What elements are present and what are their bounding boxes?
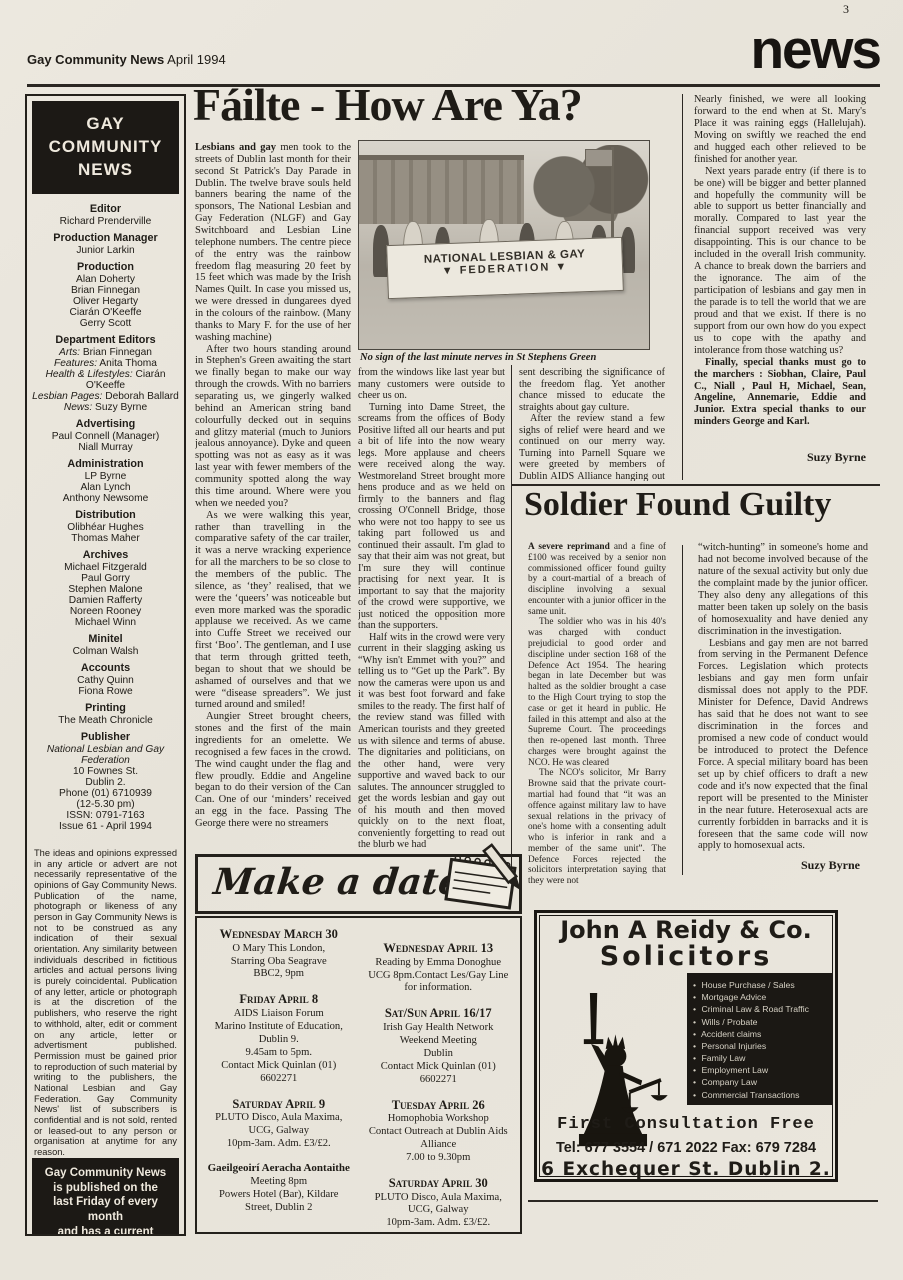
event-detail-line: O Mary This London,: [199, 943, 359, 956]
bullet-icon: •: [693, 1029, 696, 1039]
event-detail-line: 9.45am to 5pm.: [199, 1047, 359, 1060]
masthead-line: Lesbian Pages: Deborah Ballard: [32, 391, 179, 402]
ad-company-name: John A Reidy & Co.: [537, 916, 835, 944]
masthead-line: News: Suzy Byrne: [32, 402, 179, 413]
masthead-heading: Minitel: [32, 633, 179, 646]
article-paragraph: sent describing the significance of the …: [519, 367, 665, 413]
event-date-heading: Friday April 8: [199, 992, 359, 1008]
masthead-heading: Accounts: [32, 662, 179, 675]
masthead-line: Brian Finnegan: [32, 285, 179, 296]
event-detail-line: PLUTO Disco, Aula Maxima,: [359, 1192, 519, 1205]
masthead-section: EditorRichard Prenderville: [32, 203, 179, 227]
parade-banner: NATIONAL LESBIAN & GAY ▼ FEDERATION ▼: [386, 237, 624, 299]
masthead-section: MinitelColman Walsh: [32, 633, 179, 657]
masthead-heading: Department Editors: [32, 334, 179, 347]
bullet-icon: •: [693, 1053, 696, 1063]
events-column-1: Wednesday March 30O Mary This London,Sta…: [199, 927, 359, 1223]
masthead-section: Production ManagerJunior Larkin: [32, 232, 179, 256]
event-detail-line: Meeting 8pm: [199, 1176, 359, 1189]
event-detail-line: Homophobia Workshop: [359, 1113, 519, 1126]
masthead-line: Colman Walsh: [32, 646, 179, 657]
article-paragraph: Nearly finished, we were all looking for…: [694, 94, 866, 166]
article-paragraph: Aungier Street brought cheers, stones an…: [195, 711, 351, 830]
bullet-icon: •: [693, 1065, 696, 1075]
event-detail-line: Irish Gay Health Network: [359, 1022, 519, 1035]
service-item: • Employment Law: [693, 1064, 827, 1076]
event-detail-line: Dublin 9.: [199, 1034, 359, 1047]
masthead-section: ProductionAlan DohertyBrian FinneganOliv…: [32, 261, 179, 329]
event-date-heading: Saturday April 30: [359, 1176, 519, 1192]
event-detail-line: Dublin: [359, 1048, 519, 1061]
ad-services-list: • House Purchase / Sales• Mortgage Advic…: [687, 973, 833, 1105]
masthead-line: The Meath Chronicle: [32, 715, 179, 726]
masthead-section: PublisherNational Lesbian and Gay Federa…: [32, 731, 179, 832]
bullet-icon: •: [693, 1017, 696, 1027]
event-detail-line: UCG, Galway: [359, 1204, 519, 1217]
event-item: Tuesday April 26Homophobia WorkshopConta…: [359, 1098, 519, 1165]
event-date-heading: Saturday April 9: [199, 1097, 359, 1113]
masthead-line: Features: Anita Thoma: [32, 358, 179, 369]
masthead-line: Anthony Newsome: [32, 493, 179, 504]
notepad-pencil-icon: [437, 840, 529, 916]
event-detail-line: 6602271: [199, 1073, 359, 1086]
article-column-3: sent describing the significance of the …: [519, 367, 665, 481]
main-headline: Fáilte - How Are Ya?: [193, 82, 705, 128]
article-paragraph: As we were walking this year, rather tha…: [195, 510, 351, 712]
event-detail-line: UCG 8pm.Contact Les/Gay Line: [359, 970, 519, 983]
masthead-line: Paul Connell (Manager): [32, 431, 179, 442]
event-date-heading: Wednesday April 13: [359, 941, 519, 957]
event-detail-line: Contact Mick Quinlan (01): [359, 1061, 519, 1074]
ad-company-type: Solicitors: [537, 941, 835, 972]
service-item: • Commercial Transactions: [693, 1089, 827, 1101]
newspaper-page: 3 Gay Community News April 1994 news GAY…: [0, 0, 903, 1280]
service-item: • Criminal Law & Road Traffic: [693, 1003, 827, 1015]
bottom-rule: [528, 1200, 878, 1202]
article-paragraph: After the review stand a few sighs of re…: [519, 413, 665, 481]
article-byline: Suzy Byrne: [694, 450, 866, 465]
soldier-column-2: “witch-hunting” in someone's home and ha…: [698, 542, 868, 854]
events-column-2: Wednesday April 13Reading by Emma Donogh…: [359, 927, 519, 1223]
event-item: Wednesday April 13Reading by Emma Donogh…: [359, 941, 519, 995]
masthead-line: Richard Prenderville: [32, 216, 179, 227]
event-detail-line: AIDS Liaison Forum: [199, 1008, 359, 1021]
event-detail-line: for information.: [359, 982, 519, 995]
event-date-heading: Wednesday March 30: [199, 927, 359, 943]
publication-info-box: Gay Community News is published on the l…: [32, 1158, 179, 1236]
parade-photo: NATIONAL LESBIAN & GAY ▼ FEDERATION ▼: [358, 140, 650, 350]
masthead-section: AdministrationLP ByrneAlan LynchAnthony …: [32, 458, 179, 504]
soldier-byline: Suzy Byrne: [698, 858, 860, 873]
masthead-section: PrintingThe Meath Chronicle: [32, 702, 179, 726]
masthead-line: Alan Lynch: [32, 482, 179, 493]
article-paragraph: Turning into Dame Street, the screams fr…: [358, 402, 505, 632]
disclaimer-text: The ideas and opinions expressed in any …: [32, 848, 179, 1158]
column-divider: [682, 94, 683, 480]
person-figure: [621, 227, 635, 273]
masthead-heading: Editor: [32, 203, 179, 216]
event-detail-line: 10pm-3am. Adm. £3/£2.: [359, 1217, 519, 1230]
article-column-1: Lesbians and gay men took to the streets…: [195, 142, 351, 858]
masthead-heading: Administration: [32, 458, 179, 471]
event-date-heading: Sat/Sun April 16/17: [359, 1006, 519, 1022]
issue-date: April 1994: [167, 52, 226, 67]
article-paragraph: A severe reprimand and a fine of £100 wa…: [528, 542, 666, 617]
event-detail-line: Weekend Meeting: [359, 1035, 519, 1048]
article-paragraph: Next years parade entry (if there is to …: [694, 166, 866, 357]
soldier-headline: Soldier Found Guilty: [524, 488, 880, 522]
service-item: • Mortgage Advice: [693, 991, 827, 1003]
masthead-heading: Printing: [32, 702, 179, 715]
article-paragraph: The NCO's solicitor, Mr Barry Browne sai…: [528, 768, 666, 887]
masthead-line: Paul Gorry: [32, 573, 179, 584]
sidebar-title: GAY COMMUNITY NEWS: [32, 101, 179, 194]
masthead-line: Health & Lifestyles: Ciarán O'Keeffe: [32, 369, 179, 391]
event-detail-line: PLUTO Disco, Aula Maxima,: [199, 1112, 359, 1125]
bullet-icon: •: [693, 1077, 696, 1087]
bullet-icon: •: [693, 1004, 696, 1014]
masthead-line: 10 Fownes St.: [32, 766, 179, 777]
masthead-heading: Archives: [32, 549, 179, 562]
masthead-heading: Publisher: [32, 731, 179, 744]
masthead-line: Fiona Rowe: [32, 686, 179, 697]
masthead-line: Dublin 2.: [32, 777, 179, 788]
article-paragraph: Lesbians and gay men are not barred from…: [698, 638, 868, 853]
event-detail-line: BBC2, 9pm: [199, 968, 359, 981]
soldier-column-1: A severe reprimand and a fine of £100 wa…: [528, 542, 666, 894]
article-paragraph: Lesbians and gay men took to the streets…: [195, 142, 351, 344]
event-item: Saturday April 30PLUTO Disco, Aula Maxim…: [359, 1176, 519, 1230]
masthead-section: DistributionOlibhéar HughesThomas Maher: [32, 509, 179, 544]
article-paragraph: After two hours standing around in Steph…: [195, 344, 351, 510]
event-detail-line: Reading by Emma Donoghue: [359, 957, 519, 970]
masthead-line: Gerry Scott: [32, 318, 179, 329]
article-paragraph: Finally, special thanks must go to the m…: [694, 357, 866, 429]
publication-name: Gay Community News: [27, 52, 164, 67]
masthead-line: Michael Winn: [32, 617, 179, 628]
service-item: • Family Law: [693, 1052, 827, 1064]
event-detail-line: 10pm-3am. Adm. £3/£2.: [199, 1138, 359, 1151]
masthead-heading: Distribution: [32, 509, 179, 522]
article-paragraph: Half wits in the crowd were very current…: [358, 632, 505, 851]
masthead-line: Ciarán O'Keeffe: [32, 307, 179, 318]
solicitor-ad: John A Reidy & Co. Solicitors • House Pu…: [534, 910, 838, 1182]
article-column-4: Nearly finished, we were all looking for…: [694, 94, 866, 446]
event-detail-line: 6602271: [359, 1074, 519, 1087]
events-listing-box: Wednesday March 30O Mary This London,Sta…: [195, 916, 522, 1234]
masthead-line: Stephen Malone: [32, 584, 179, 595]
masthead-sidebar: GAY COMMUNITY NEWS EditorRichard Prender…: [25, 94, 186, 1236]
masthead-heading: Production: [32, 261, 179, 274]
small-flag: [585, 149, 613, 167]
building-silhouette: [359, 155, 524, 224]
masthead-line: Phone (01) 6710939: [32, 788, 179, 799]
masthead-line: LP Byrne: [32, 471, 179, 482]
article-paragraph: “witch-hunting” in someone's home and ha…: [698, 542, 868, 638]
article-column-2: from the windows like last year but many…: [358, 367, 505, 857]
page-number: 3: [843, 2, 849, 17]
event-detail-line: 7.00 to 9.30pm: [359, 1152, 519, 1165]
masthead-line: Damien Rafferty: [32, 595, 179, 606]
masthead-section: AdvertisingPaul Connell (Manager)Niall M…: [32, 418, 179, 453]
event-detail-line: Contact Outreach at Dublin Aids: [359, 1126, 519, 1139]
event-detail-line: Marino Institute of Education,: [199, 1021, 359, 1034]
service-item: • Accident claims: [693, 1028, 827, 1040]
article-paragraph: from the windows like last year but many…: [358, 367, 505, 402]
masthead-heading: Production Manager: [32, 232, 179, 245]
bullet-icon: •: [693, 980, 696, 990]
ad-address: 6 Exchequer St. Dublin 2.: [537, 1159, 835, 1180]
event-item: Gaeilgeoirí Aeracha AontaitheMeeting 8pm…: [199, 1162, 359, 1215]
ad-phone-fax: Tel: 677 3554 / 671 2022 Fax: 679 7284: [537, 1140, 835, 1156]
event-detail-line: UCG, Galway: [199, 1125, 359, 1138]
event-date-heading: Gaeilgeoirí Aeracha Aontaithe: [199, 1162, 359, 1176]
masthead-line: Arts: Brian Finnegan: [32, 347, 179, 358]
event-item: Wednesday March 30O Mary This London,Sta…: [199, 927, 359, 981]
service-item: • Company Law: [693, 1076, 827, 1088]
masthead-line: Cathy Quinn: [32, 675, 179, 686]
masthead-section: AccountsCathy QuinnFiona Rowe: [32, 662, 179, 697]
bullet-icon: •: [693, 1090, 696, 1100]
column-divider: [511, 365, 512, 900]
masthead-line: National Lesbian and Gay Federation: [32, 744, 179, 766]
service-item: • Personal Injuries: [693, 1040, 827, 1052]
event-detail-line: Street, Dublin 2: [199, 1202, 359, 1215]
event-detail-line: Alliance: [359, 1139, 519, 1152]
column-divider: [682, 545, 683, 875]
event-detail-line: Starring Oba Seagrave: [199, 956, 359, 969]
ad-consultation-offer: First Consultation Free: [537, 1115, 835, 1134]
masthead-line: ISSN: 0791-7163: [32, 810, 179, 821]
masthead-line: Junior Larkin: [32, 245, 179, 256]
masthead-line: Thomas Maher: [32, 533, 179, 544]
header-publication: Gay Community News April 1994: [27, 52, 226, 67]
bullet-icon: •: [693, 1041, 696, 1051]
service-item: • Wills / Probate: [693, 1016, 827, 1028]
event-detail-line: Powers Hotel (Bar), Kildare: [199, 1189, 359, 1202]
event-item: Sat/Sun April 16/17Irish Gay Health Netw…: [359, 1006, 519, 1086]
masthead-line: Issue 61 - April 1994: [32, 821, 179, 832]
masthead-line: Olibhéar Hughes: [32, 522, 179, 533]
event-item: Friday April 8AIDS Liaison ForumMarino I…: [199, 992, 359, 1085]
masthead-line: Niall Murray: [32, 442, 179, 453]
masthead-line: (12-5.30 pm): [32, 799, 179, 810]
service-item: • House Purchase / Sales: [693, 979, 827, 991]
bullet-icon: •: [693, 992, 696, 1002]
masthead-line: Michael Fitzgerald: [32, 562, 179, 573]
masthead-line: Alan Doherty: [32, 274, 179, 285]
masthead-heading: Advertising: [32, 418, 179, 431]
masthead-credits: EditorRichard PrendervilleProduction Man…: [32, 203, 179, 837]
masthead-line: Noreen Rooney: [32, 606, 179, 617]
event-item: Saturday April 9PLUTO Disco, Aula Maxima…: [199, 1097, 359, 1151]
masthead-section: ArchivesMichael FitzgeraldPaul GorryStep…: [32, 549, 179, 628]
article-paragraph: The soldier who was in his 40's was char…: [528, 617, 666, 768]
section-masthead: news: [580, 22, 880, 77]
event-date-heading: Tuesday April 26: [359, 1098, 519, 1114]
photo-caption: No sign of the last minute nerves in St …: [360, 352, 650, 363]
masthead-section: Department EditorsArts: Brian FinneganFe…: [32, 334, 179, 413]
event-detail-line: Contact Mick Quinlan (01): [199, 1060, 359, 1073]
masthead-line: Oliver Hegarty: [32, 296, 179, 307]
